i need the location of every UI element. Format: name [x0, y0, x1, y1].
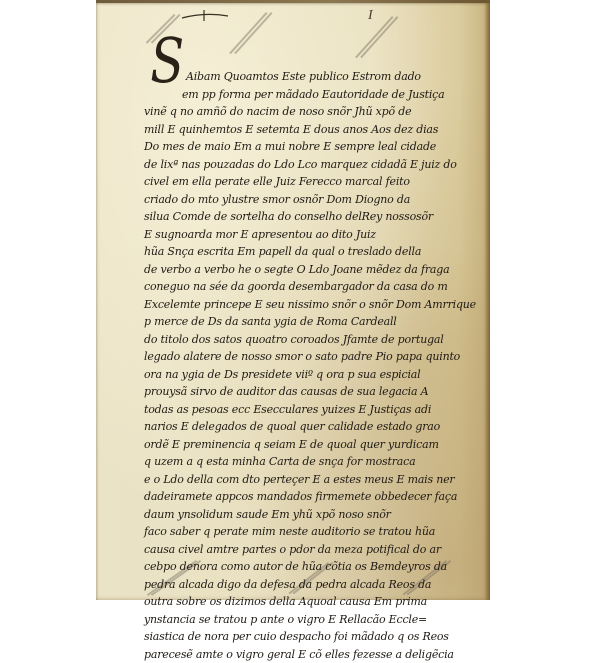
pencil-mark — [234, 12, 272, 54]
text-line: todas as pesoas ecc Esecculares yuizes E… — [144, 401, 478, 419]
text-line: narios E delegados de quoal quer calidad… — [144, 418, 478, 436]
text-line: Aibam Quoamtos Este publico Estrom dado — [158, 68, 478, 86]
text-line: prouysã sirvo de auditor das causas de s… — [144, 383, 478, 401]
text-line: E sugnoarda mor E apresentou ao dito Jui… — [144, 226, 478, 244]
page-right-edge — [484, 0, 490, 600]
text-line: hũa Snça escrita Em papell da qual o tre… — [144, 243, 478, 261]
text-line: cebpo denora como autor de hũa cõtia os … — [144, 558, 478, 576]
text-line: Excelemte princepe E seu nissimo snõr o … — [144, 296, 478, 314]
text-line: ordẽ E preminencia q seiam E de quoal qu… — [144, 436, 478, 454]
cross-mark-icon — [180, 10, 230, 22]
text-line: Do mes de maio Em a mui nobre E sempre l… — [144, 138, 478, 156]
manuscript-page: I S Aibam Quoamtos Este publico Estrom d… — [96, 0, 490, 600]
text-line: causa civel amtre partes o pdor da meza … — [144, 541, 478, 559]
text-line: ora na ygia de Ds presidete viiº q ora p… — [144, 366, 478, 384]
manuscript-text: Aibam Quoamtos Este publico Estrom dado … — [158, 68, 478, 600]
text-line: civel em ella perate elle Juiz Ferecco m… — [144, 173, 478, 191]
text-line: criado do mto ylustre smor osnõr Dom Dio… — [144, 191, 478, 209]
text-line: de lixª nas pouzadas do Ldo Lco marquez … — [144, 156, 478, 174]
folio-number: I — [368, 8, 373, 24]
text-line: do titolo dos satos quoatro coroados Jfa… — [144, 331, 478, 349]
pencil-mark — [355, 16, 393, 58]
text-line: q uzem a q esta minha Carta de snça for … — [144, 453, 478, 471]
text-line: em pp forma per mãdado Eautoridade de Ju… — [158, 86, 478, 104]
pencil-mark — [229, 12, 267, 54]
text-line: vinẽ q no amñõ do nacim de noso snõr Jhũ… — [144, 103, 478, 121]
text-line: faco saber q perate mim neste auditorio … — [144, 523, 478, 541]
text-line: pedra alcada digo da defesa da pedra alc… — [144, 576, 478, 594]
text-line: coneguo na sée da goorda desembargador d… — [144, 278, 478, 296]
text-line: silua Comde de sortelha do conselho delR… — [144, 208, 478, 226]
text-line: mill E quinhemtos E setemta E dous anos … — [144, 121, 478, 139]
text-line: legado alatere de nosso smor o sato padr… — [144, 348, 478, 366]
text-line: daum ynsolidum saude Em yhũ xpõ noso snõ… — [144, 506, 478, 524]
text-line: p merce de Ds da santa ygia de Roma Card… — [144, 313, 478, 331]
text-line: dadeiramete appcos mandados firmemete ob… — [144, 488, 478, 506]
text-line: e o Ldo della com dto perteçer E a estes… — [144, 471, 478, 489]
page-top-edge — [96, 0, 490, 3]
text-line: de verbo a verbo he o segte O Ldo Joane … — [144, 261, 478, 279]
pencil-mark — [360, 16, 398, 58]
text-line: outra sobre os dizimos della Aquoal caus… — [144, 593, 478, 600]
